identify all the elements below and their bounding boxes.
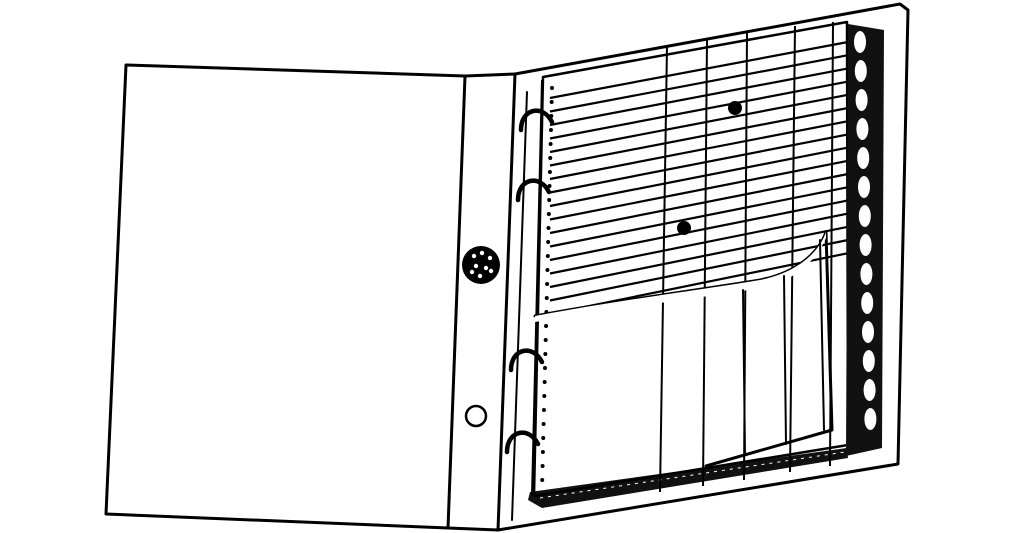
sprocket-hole: [542, 408, 546, 412]
sprocket-hole: [542, 422, 546, 426]
binder-rings: [507, 111, 552, 452]
sprocket-hole: [545, 268, 549, 272]
sprocket-hole: [549, 142, 553, 146]
perforated-side-strip: [846, 24, 884, 456]
strip-hole: [863, 350, 875, 372]
strip-hole: [860, 263, 872, 285]
sprocket-hole: [542, 394, 546, 398]
strip-hole: [861, 292, 873, 314]
sprocket-hole: [543, 366, 547, 370]
column-divider: [703, 40, 707, 486]
sprocket-hole: [547, 212, 551, 216]
sprocket-hole: [545, 282, 549, 286]
sprocket-hole: [549, 128, 553, 132]
strip-hole: [860, 234, 872, 256]
sprocket-hole: [550, 86, 554, 90]
sprocket-hole: [546, 240, 550, 244]
strip-hole: [856, 89, 868, 111]
sprocket-hole: [541, 464, 545, 468]
printout-mark: [728, 101, 742, 115]
sprocket-hole: [543, 380, 547, 384]
strip-hole: [864, 408, 876, 430]
sprocket-hole: [548, 170, 552, 174]
strip-hole: [856, 118, 868, 140]
sprocket-hole: [548, 156, 552, 160]
binder-spine: [448, 74, 515, 530]
sprocket-hole: [545, 296, 549, 300]
sprocket-hole: [544, 324, 548, 328]
sprocket-hole: [550, 100, 554, 104]
printout-mark: [677, 221, 691, 235]
sheet-margin: [532, 80, 542, 496]
sprocket-hole: [541, 450, 545, 454]
front-cover: [106, 65, 465, 528]
ruled-line: [550, 187, 848, 246]
spine-finger-hole-icon: [466, 406, 486, 426]
strip-hole: [855, 60, 867, 82]
binder-drawing: [0, 0, 1016, 533]
sprocket-hole: [543, 352, 547, 356]
ruled-line: [550, 200, 848, 260]
spine-emblem-icon: [462, 246, 500, 284]
sprocket-hole: [540, 478, 544, 482]
sprocket-hole: [541, 436, 545, 440]
strip-hole: [862, 321, 874, 343]
sprocket-hole: [546, 254, 550, 258]
column-divider: [660, 46, 667, 492]
sprocket-hole: [544, 338, 548, 342]
strip-hole: [857, 147, 869, 169]
strip-hole: [859, 205, 871, 227]
strip-hole: [858, 176, 870, 198]
sprocket-hole: [547, 226, 551, 230]
strip-hole: [864, 379, 876, 401]
strip-hole: [854, 31, 866, 53]
sprocket-hole: [547, 198, 551, 202]
binder-illustration: [0, 0, 1016, 533]
printout-sheet: [532, 22, 848, 496]
ruled-line: [550, 227, 848, 287]
